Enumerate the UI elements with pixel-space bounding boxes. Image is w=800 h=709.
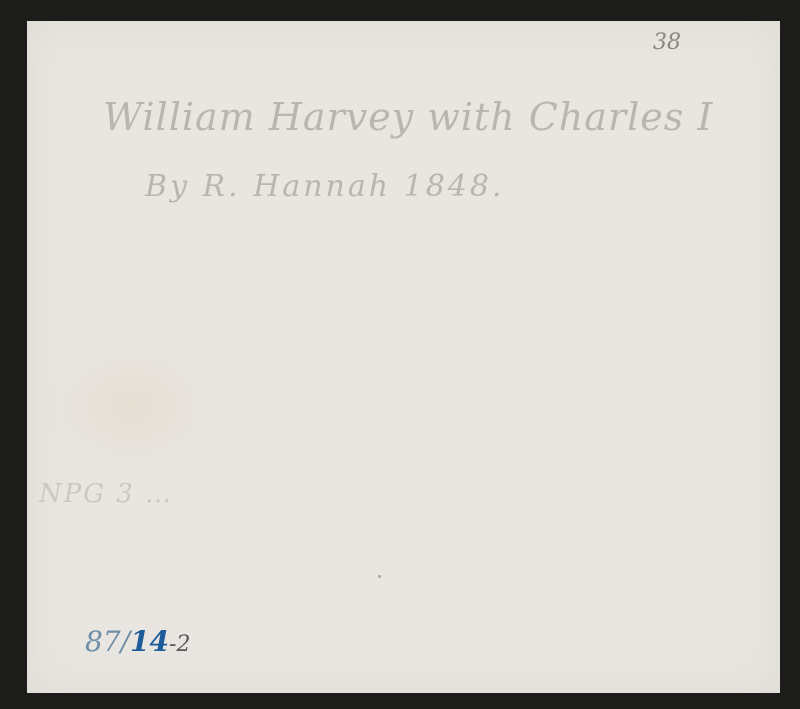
paper-stain — [47, 341, 217, 471]
reference-part-2: 14 — [130, 625, 169, 658]
photo-verso-paper: 38 William Harvey with Charles I By R. H… — [27, 21, 780, 693]
archive-stamp: NPG 3 … — [39, 479, 173, 509]
reference-number: 87/14-2 — [85, 625, 190, 658]
reference-part-1: 87/ — [85, 625, 130, 658]
title-annotation: William Harvey with Charles I — [103, 95, 713, 139]
reference-part-3: -2 — [169, 632, 190, 657]
page-number: 38 — [653, 30, 681, 55]
pencil-dot — [378, 575, 381, 578]
attribution-annotation: By R. Hannah 1848. — [145, 169, 505, 204]
